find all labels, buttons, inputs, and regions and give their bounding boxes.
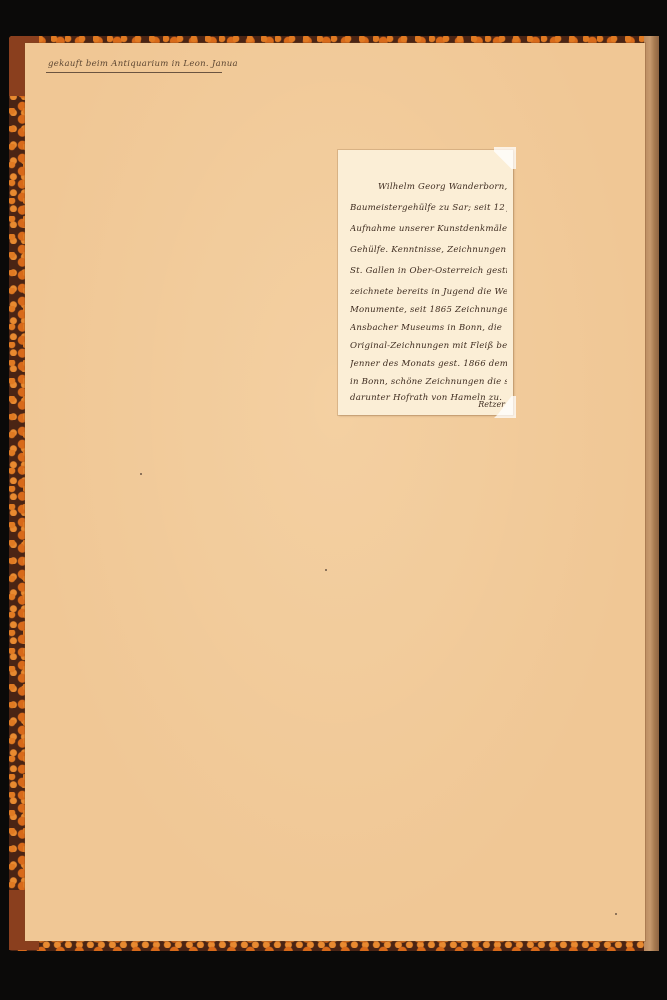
note-line: Ansbacher Museums in Bonn, die [350,323,507,333]
note-line: Aufnahme unserer Kunstdenkmäler unermüdl… [350,224,507,234]
acquisition-inscription: gekauft beim Antiquarium in Leon. Januar… [48,59,238,73]
note-line: St. Gallen in Ober-Österreich gestiftet, [350,266,507,276]
album-page [25,43,645,941]
photo-corner-mount-icon [494,147,516,169]
album-spine-edge [644,36,659,951]
paper-fleck [325,569,327,571]
note-line: Gehülfe. Kenntnisse, Zeichnungen vom Rei… [350,245,507,255]
note-signature: Retzer [478,400,505,409]
note-line: in Bonn, schöne Zeichnungen die seine Ar… [350,377,507,387]
paper-fleck [615,913,617,915]
note-line: Original-Zeichnungen mit Fleiß bearbeite… [350,341,507,351]
note-line: zeichnete bereits in Jugend die Werke de… [350,287,507,297]
note-line: Monumente, seit 1865 Zeichnungen des [350,305,507,315]
note-line: Jenner des Monats gest. 1866 dem Museum [350,359,507,369]
pasted-handwritten-note: Wilhelm Georg Wanderborn, J. H. Baumeist… [338,150,513,415]
inscription-underline [46,72,222,73]
paper-fleck [140,473,142,475]
note-line: Baumeistergehülfe zu Sar; seit 12 Jahren… [350,203,507,213]
note-line: Wilhelm Georg Wanderborn, J. H. [378,182,507,192]
